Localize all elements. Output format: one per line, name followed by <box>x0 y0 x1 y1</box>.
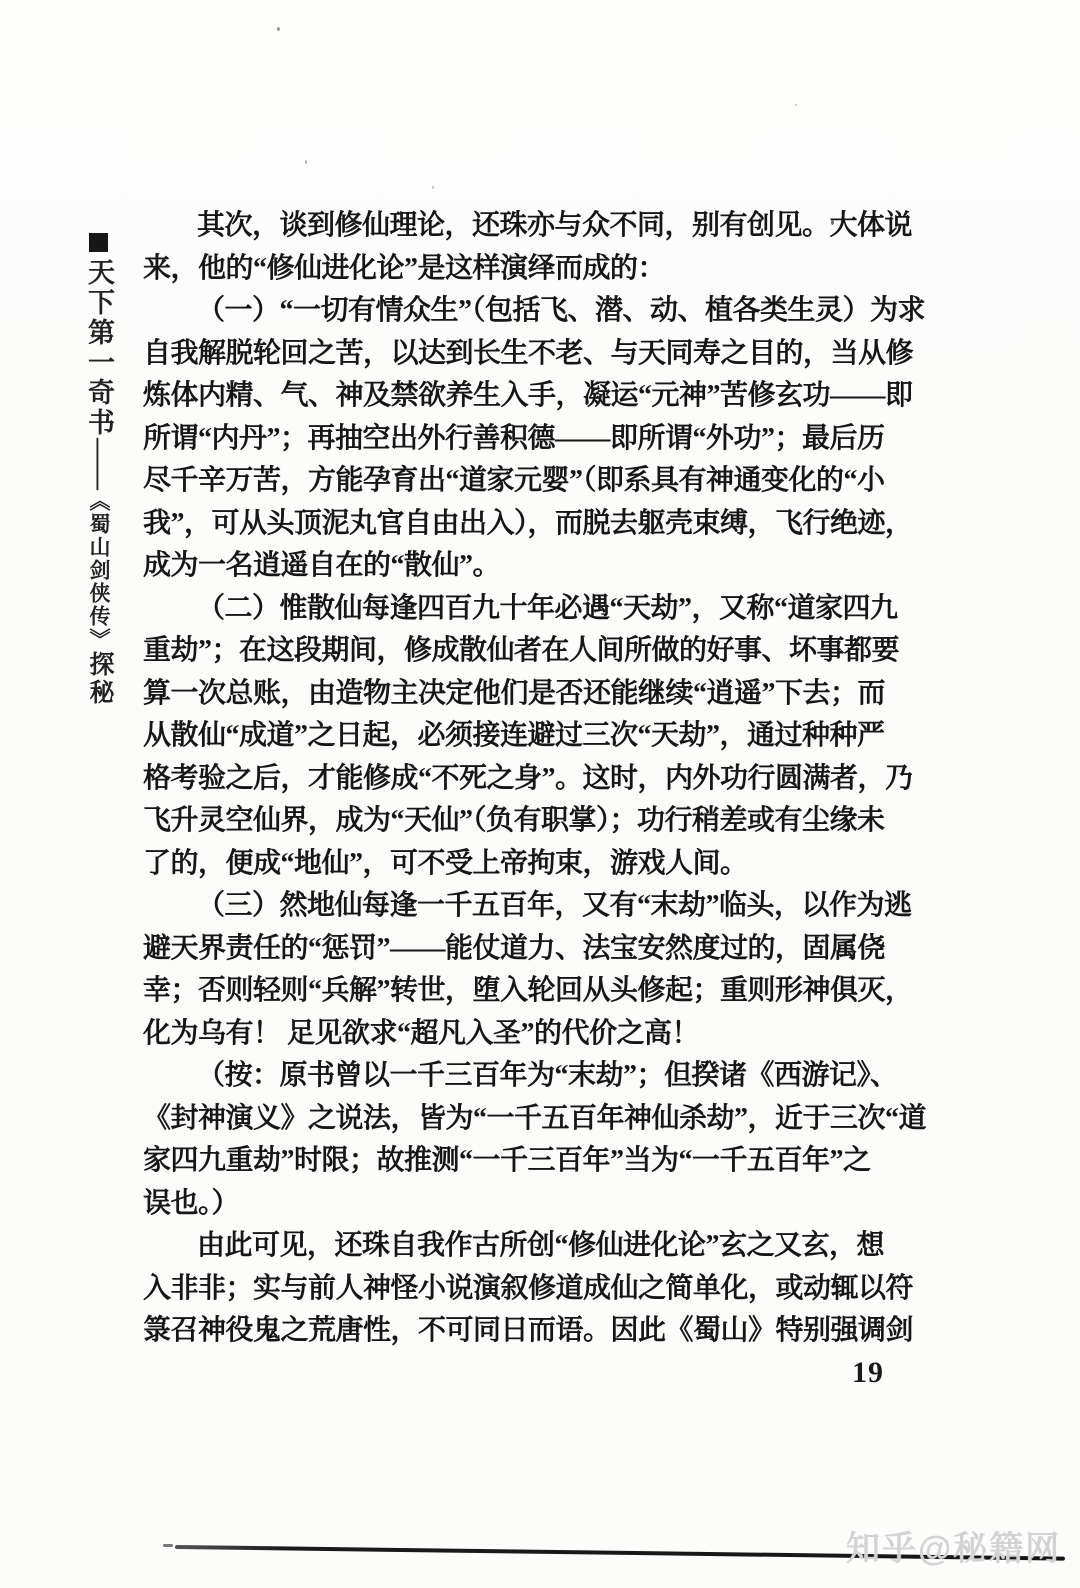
body-text-line: （二）惟散仙每逢四百九十年必遇“天劫”，又称“道家四九 <box>143 588 933 631</box>
body-text-line: 《封神演义》之说法，皆为“一千五百年神仙杀劫”，近于三次“道 <box>143 1098 933 1141</box>
scan-speck <box>432 186 434 189</box>
body-text-line: 所谓“内丹”；再抽空出外行善积德——即所谓“外功”；最后历 <box>143 418 933 461</box>
body-text-line: 成为一名逍遥自在的“散仙”。 <box>143 545 933 588</box>
scan-speck <box>277 27 280 31</box>
body-text-line: 从散仙“成道”之日起，必须接连避过三次“天劫”，通过种种严 <box>143 715 933 758</box>
sidebar-series-title: 天下第一奇书 <box>84 258 114 438</box>
sidebar-dash: —— <box>85 438 114 490</box>
page-number: 19 <box>852 1356 884 1390</box>
body-text-line: 误也。） <box>143 1183 933 1226</box>
body-text-block: 其次，谈到修仙理论，还珠亦与众不同，别有创见。大体说来，他的“修仙进化论”是这样… <box>143 205 933 1353</box>
sidebar-vertical-title: 天下第一奇书——《蜀山剑侠传》探秘 <box>82 258 116 688</box>
body-text-line: 由此可见，还珠自我作古所创“修仙进化论”玄之又玄，想 <box>143 1225 933 1268</box>
body-text-line: （三）然地仙每逢一千五百年，又有“末劫”临头，以作为逃 <box>143 885 933 928</box>
body-text-line: 家四九重劫”时限；故推测“一千三百年”当为“一千五百年”之 <box>143 1140 933 1183</box>
sidebar-square-marker <box>89 233 108 252</box>
body-text-line: 炼体内精、气、神及禁欲养生入手，凝运“元神”苦修玄功——即 <box>143 375 933 418</box>
body-text-line: 幸；否则轻则“兵解”转世，堕入轮回从头修起；重则形神俱灭， <box>143 970 933 1013</box>
body-text-line: 入非非；实与前人神怪小说演叙修道成仙之简单化，或动辄以符 <box>143 1268 933 1311</box>
watermark-text: 知乎@秘籍网 <box>846 1521 1061 1570</box>
body-text-line: 其次，谈到修仙理论，还珠亦与众不同，别有创见。大体说 <box>143 205 933 248</box>
scanned-book-page: 天下第一奇书——《蜀山剑侠传》探秘 其次，谈到修仙理论，还珠亦与众不同，别有创见… <box>0 0 1080 1588</box>
body-text-line: 重劫”；在这段期间，修成散仙者在人间所做的好事、坏事都要 <box>143 630 933 673</box>
sidebar-title-suffix: 探秘 <box>86 651 113 707</box>
scan-speck <box>795 104 797 106</box>
sidebar-book-title: 《蜀山剑侠传》 <box>87 490 111 651</box>
footer-rule-spur <box>163 1544 173 1547</box>
body-text-line: 格考验之后，才能修成“不死之身”。这时，内外功行圆满者，乃 <box>143 758 933 801</box>
body-text-line: 飞升灵空仙界，成为“天仙”（负有职掌）；功行稍差或有尘缘未 <box>143 800 933 843</box>
body-text-line: 箓召神役鬼之荒唐性，不可同日而语。因此《蜀山》特别强调剑 <box>143 1310 933 1353</box>
scan-speck <box>305 160 307 164</box>
body-text-line: 避天界责任的“惩罚”——能仗道力、法宝安然度过的，固属侥 <box>143 928 933 971</box>
body-text-line: 自我解脱轮回之苦，以达到长生不老、与天同寿之目的，当从修 <box>143 333 933 376</box>
body-text-line: （一）“一切有情众生”（包括飞、潜、动、植各类生灵）为求 <box>143 290 933 333</box>
scan-speck <box>831 220 834 225</box>
body-text-line: 来，他的“修仙进化论”是这样演绎而成的： <box>143 248 933 291</box>
body-text-line: （按：原书曾以一千三百年为“末劫”；但揆诸《西游记》、 <box>143 1055 933 1098</box>
body-text-line: 化为乌有！ 足见欲求“超凡入圣”的代价之高！ <box>143 1013 933 1056</box>
body-text-line: 算一次总账，由造物主决定他们是否还能继续“逍遥”下去；而 <box>143 673 933 716</box>
body-text-line: 尽千辛万苦，方能孕育出“道家元婴”（即系具有神通变化的“小 <box>143 460 933 503</box>
body-text-line: 我”，可从头顶泥丸官自由出入），而脱去躯壳束缚，飞行绝迹， <box>143 503 933 546</box>
body-text-line: 了的，便成“地仙”，可不受上帝拘束，游戏人间。 <box>143 843 933 886</box>
